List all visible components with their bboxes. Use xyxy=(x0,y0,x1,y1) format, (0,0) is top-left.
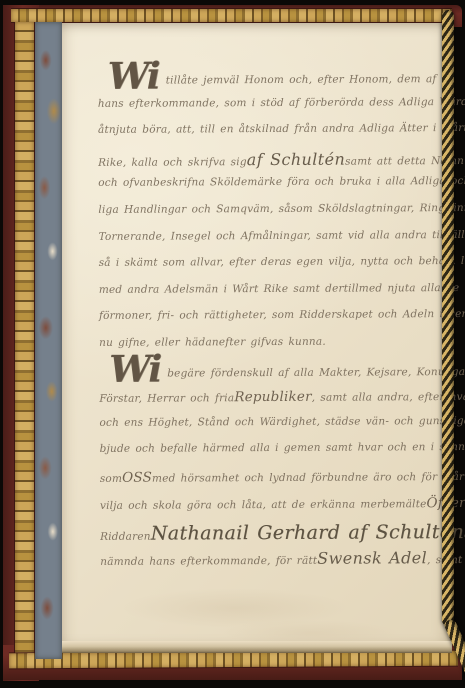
text-segment: Riddaren xyxy=(100,531,151,543)
gold-tooling-bottom-band xyxy=(9,651,458,669)
text-segment: OSS xyxy=(122,470,152,486)
book-photo: Witillåte jemväl Honom och, efter Honom,… xyxy=(0,0,465,688)
manuscript-line: förmoner, fri- och rättigheter, som Ridd… xyxy=(99,308,445,336)
text-segment: så i skämt som allvar, efter deras egen … xyxy=(99,255,465,269)
gold-tooling-top-band xyxy=(11,9,452,22)
text-segment: af Schultén xyxy=(247,149,346,169)
page-stack-edge xyxy=(62,641,452,653)
manuscript-line: med andra Adelsmän i Wårt Rike samt dert… xyxy=(99,282,445,310)
text-segment: Republiker xyxy=(234,389,311,405)
manuscript-line: hans efterkommande, som i stöd af förber… xyxy=(98,96,444,124)
text-segment: förmoner, fri- och rättigheter, som Ridd… xyxy=(99,308,465,322)
text-segment: med hörsamhet och lydnad förbundne äro o… xyxy=(152,471,465,485)
text-segment: och ofvanbeskrifna Sköldemärke föra och … xyxy=(98,175,465,189)
manuscript-line: Förstar, Herrar och fria Republiker, sam… xyxy=(99,388,445,416)
text-segment: som xyxy=(100,473,122,485)
text-segment: Tornerande, Insegel och Afmålningar, sam… xyxy=(99,228,465,242)
text-segment: liga Handlingar och Samqväm, såsom Sköld… xyxy=(98,202,465,216)
manuscript-line: Witillåte jemväl Honom och, efter Honom,… xyxy=(98,69,444,97)
text-segment: vilja och skola göra och låta, att de er… xyxy=(100,498,427,512)
manuscript-line: och ens Höghet, Stånd och Wärdighet, stä… xyxy=(99,415,445,443)
gold-tooling-left-band xyxy=(15,22,34,660)
text-segment: Swensk Adel xyxy=(317,548,427,568)
text-segment: och ens Höghet, Stånd och Wärdighet, stä… xyxy=(99,414,465,428)
manuscript-line: Tornerande, Insegel och Afmålningar, sam… xyxy=(99,229,445,257)
text-segment: bjude och befalle härmed alla i gemen sa… xyxy=(100,441,465,455)
text-segment: åtnjuta böra, att, till en åtskilnad frå… xyxy=(98,122,465,136)
text-segment: tillåte jemväl Honom och, efter Honom, d… xyxy=(166,73,437,86)
manuscript-line: åtnjuta böra, att, till en åtskilnad frå… xyxy=(98,122,444,150)
text-segment: Nathanail Gerhard af Schultén xyxy=(151,521,465,545)
text-segment: nämnda hans efterkommande, för rätt xyxy=(100,554,317,567)
manuscript-line: och ofvanbeskrifna Sköldemärke föra och … xyxy=(98,175,444,203)
text-segment: Förstar, Herrar och fria xyxy=(99,392,234,405)
manuscript-line: som OSS med hörsamhet och lydnad förbund… xyxy=(100,468,446,496)
marbled-endpaper-edge xyxy=(35,22,62,659)
text-segment: med andra Adelsmän i Wårt Rike samt dert… xyxy=(99,282,460,296)
manuscript-line: så i skämt som allvar, efter deras egen … xyxy=(99,255,445,283)
manuscript-line: Rike, kalla och skrifva sig af Schultén … xyxy=(98,149,444,177)
manuscript-line: vilja och skola göra och låta, att de er… xyxy=(100,495,446,523)
manuscript-line: nämnda hans efterkommande, för rätt Swen… xyxy=(100,548,446,576)
manuscript-line: liga Handlingar och Samqväm, såsom Sköld… xyxy=(98,202,444,230)
binding-cord xyxy=(442,10,454,626)
manuscript-line: bjude och befalle härmed alla i gemen sa… xyxy=(100,441,446,469)
manuscript-line: Wibegäre fördenskull af alla Makter, Kej… xyxy=(99,362,445,390)
manuscript-text: Witillåte jemväl Honom och, efter Honom,… xyxy=(98,69,447,576)
text-segment: begäre fördenskull af alla Makter, Kejsa… xyxy=(167,365,465,379)
manuscript-line: Riddaren Nathanail Gerhard af Schultén o… xyxy=(100,521,446,549)
text-segment: Rike, kalla och skrifva sig xyxy=(98,156,247,169)
